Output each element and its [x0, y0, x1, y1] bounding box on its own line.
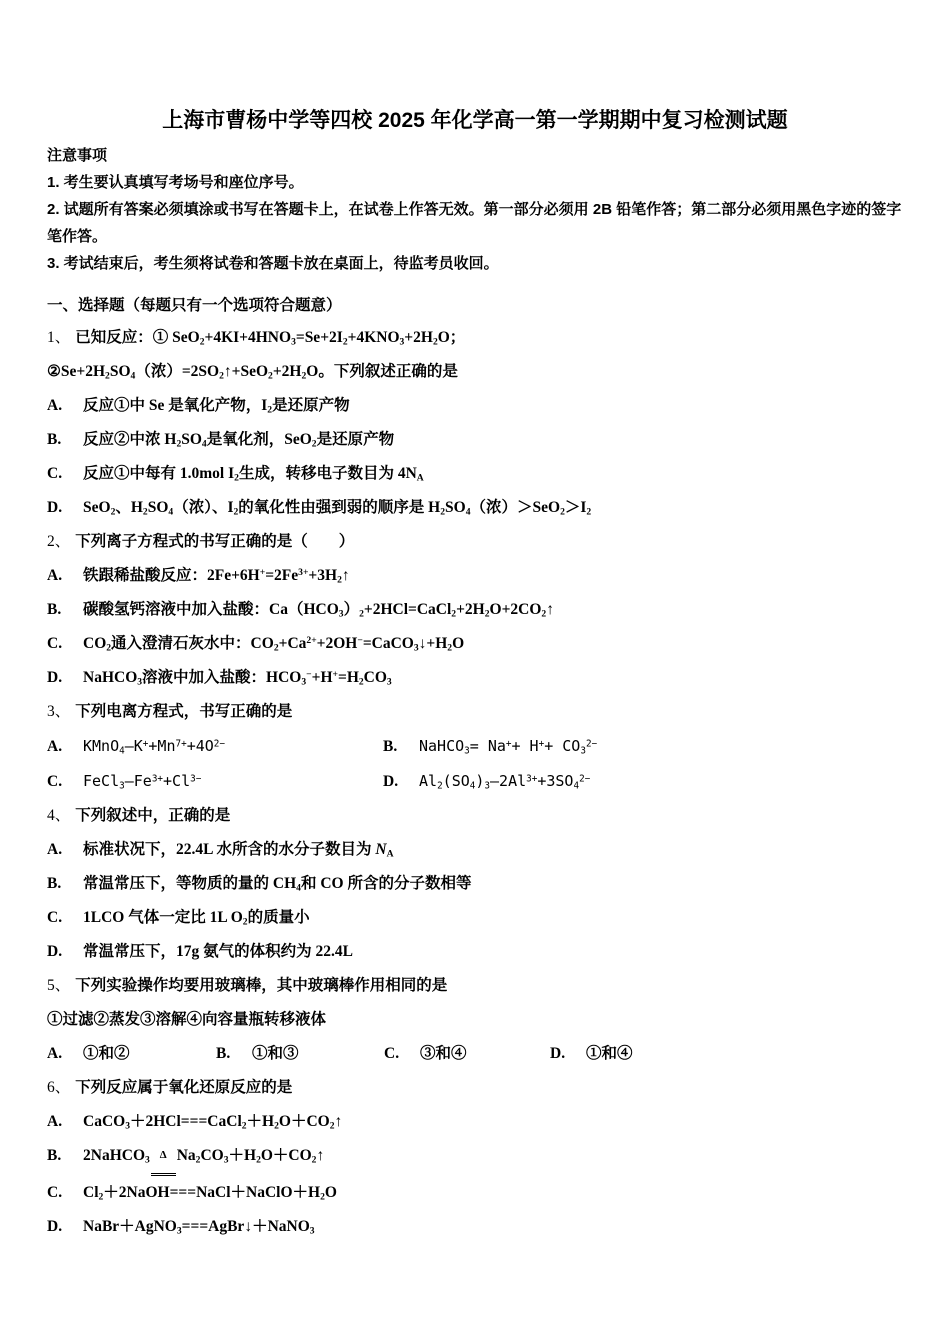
question-stem: 下列反应属于氧化还原反应的是: [75, 1079, 292, 1096]
option-text: ①和④: [586, 1045, 633, 1062]
notice-item-1: 1. 考生要认真填写考场号和座位序号。: [47, 169, 903, 196]
option-label: B.: [47, 1139, 83, 1173]
option-label: B.: [47, 867, 83, 901]
question-4-stem-line: 4、下列叙述中，正确的是: [47, 799, 903, 833]
option-text: NaHCO3溶液中加入盐酸：HCO3−+H+=H2CO3: [83, 669, 392, 686]
option-label: D.: [47, 661, 83, 695]
question-2-stem-line: 2、下列离子方程式的书写正确的是（ ）: [47, 525, 903, 559]
option-d: D.SeO2、H2SO4（浓）、I2的氧化性由强到弱的顺序是 H2SO4（浓）＞…: [47, 491, 903, 525]
option-a: A.标准状况下，22.4L 水所含的水分子数目为 NA: [47, 833, 903, 867]
questions-area: 1、已知反应：① SeO2+4KI+4HNO3=Se+2I2+4KNO3+2H2…: [47, 321, 903, 1244]
option-a: A.①和②: [47, 1037, 216, 1071]
option-c: C.FeCl3—Fe3++Cl3−: [47, 764, 383, 799]
notice-heading: 注意事项: [47, 142, 903, 169]
option-text: ①和②: [83, 1045, 130, 1062]
option-label: A.: [47, 730, 83, 764]
option-label: B.: [216, 1037, 252, 1071]
option-text: Cl2＋2NaOH===NaCl＋NaClO＋H2O: [83, 1184, 337, 1201]
option-label: A.: [47, 833, 83, 867]
option-label: A.: [47, 1037, 83, 1071]
option-text: 反应②中浓 H2SO4是氧化剂，SeO2是还原产物: [83, 431, 394, 448]
question-1-stem-continued: ②Se+2H2SO4（浓）=2SO2↑+SeO2+2H2O。下列叙述正确的是: [47, 355, 903, 389]
option-d: D.常温常压下，17g 氨气的体积约为 22.4L: [47, 935, 903, 969]
question-5-stem-line: 5、下列实验操作均要用玻璃棒，其中玻璃棒作用相同的是: [47, 969, 903, 1003]
option-c: C.1LCO 气体一定比 1L O2的质量小: [47, 901, 903, 935]
option-label: C.: [47, 1176, 83, 1210]
option-label: B.: [383, 730, 419, 764]
option-d: D.NaHCO3溶液中加入盐酸：HCO3−+H+=H2CO3: [47, 661, 903, 695]
question-3-stem-line: 3、下列电离方程式，书写正确的是: [47, 695, 903, 729]
option-text: 1LCO 气体一定比 1L O2的质量小: [83, 909, 310, 926]
option-b: B.常温常压下，等物质的量的 CH4和 CO 所含的分子数相等: [47, 867, 903, 901]
notice-section: 注意事项 1. 考生要认真填写考场号和座位序号。 2. 试题所有答案必须填涂或书…: [47, 142, 903, 277]
option-label: D.: [47, 935, 83, 969]
question-stem: 下列电离方程式，书写正确的是: [75, 703, 292, 720]
option-c: C.③和④: [384, 1037, 550, 1071]
notice-item-3: 3. 考试结束后，考生须将试卷和答题卡放在桌面上，待监考员收回。: [47, 250, 903, 277]
option-text: CO2通入澄清石灰水中：CO2+Ca2++2OH−=CaCO3↓+H2O: [83, 635, 464, 652]
question-number: 6、: [47, 1079, 70, 1096]
page-title: 上海市曹杨中学等四校 2025 年化学高一第一学期期中复习检测试题: [47, 106, 903, 136]
question-5-options-row: A.①和② B.①和③ C.③和④ D.①和④: [47, 1037, 903, 1071]
option-a: A.铁跟稀盐酸反应：2Fe+6H+=2Fe3++3H2↑: [47, 559, 903, 593]
option-label: C.: [47, 627, 83, 661]
option-text: 常温常压下，等物质的量的 CH4和 CO 所含的分子数相等: [83, 875, 471, 892]
option-label: D.: [47, 1210, 83, 1244]
option-label: B.: [47, 593, 83, 627]
option-text: 反应①中 Se 是氧化产物，I2是还原产物: [83, 397, 350, 414]
delta-heating-symbol: Δ: [151, 1139, 176, 1176]
option-text: NaBr＋AgNO3===AgBr↓＋NaNO3: [83, 1218, 315, 1235]
option-label: C.: [384, 1037, 420, 1071]
notice-item-2: 2. 试题所有答案必须填涂或书写在答题卡上，在试卷上作答无效。第一部分必须用 2…: [47, 196, 903, 250]
option-label: D.: [383, 765, 419, 799]
option-label: D.: [550, 1037, 586, 1071]
question-number: 4、: [47, 807, 70, 824]
option-label: C.: [47, 901, 83, 935]
option-b: B.反应②中浓 H2SO4是氧化剂，SeO2是还原产物: [47, 423, 903, 457]
question-1-stem-line: 1、已知反应：① SeO2+4KI+4HNO3=Se+2I2+4KNO3+2H2…: [47, 321, 903, 355]
option-d: D.NaBr＋AgNO3===AgBr↓＋NaNO3: [47, 1210, 903, 1244]
question-6: 6、下列反应属于氧化还原反应的是 A.CaCO3＋2HCl===CaCl2＋H2…: [47, 1071, 903, 1244]
option-a: A.CaCO3＋2HCl===CaCl2＋H2O＋CO2↑: [47, 1105, 903, 1139]
option-text: 反应①中每有 1.0mol I2生成，转移电子数目为 4NA: [83, 465, 424, 482]
question-6-stem-line: 6、下列反应属于氧化还原反应的是: [47, 1071, 903, 1105]
question-stem: 已知反应：① SeO2+4KI+4HNO3=Se+2I2+4KNO3+2H2O；: [75, 329, 465, 346]
question-3: 3、下列电离方程式，书写正确的是 A.KMnO4—K++Mn7++4O2− B.…: [47, 695, 903, 799]
question-stem: 下列叙述中，正确的是: [75, 807, 230, 824]
option-label: A.: [47, 559, 83, 593]
option-text: 铁跟稀盐酸反应：2Fe+6H+=2Fe3++3H2↑: [83, 567, 350, 584]
option-c: C.反应①中每有 1.0mol I2生成，转移电子数目为 4NA: [47, 457, 903, 491]
option-label: A.: [47, 389, 83, 423]
option-b: B.碳酸氢钙溶液中加入盐酸：Ca（HCO3）2+2HCl=CaCl2+2H2O+…: [47, 593, 903, 627]
option-text: 碳酸氢钙溶液中加入盐酸：Ca（HCO3）2+2HCl=CaCl2+2H2O+2C…: [83, 601, 554, 618]
option-text: SeO2、H2SO4（浓）、I2的氧化性由强到弱的顺序是 H2SO4（浓）＞Se…: [83, 499, 591, 516]
option-b: B.2NaHCO3ΔNa2CO3＋H2O＋CO2↑: [47, 1139, 903, 1176]
question-number: 2、: [47, 533, 70, 550]
question-3-options-row-1: A.KMnO4—K++Mn7++4O2− B.NaHCO3= Na++ H++ …: [47, 729, 903, 764]
question-1: 1、已知反应：① SeO2+4KI+4HNO3=Se+2I2+4KNO3+2H2…: [47, 321, 903, 525]
option-text: KMnO4—K++Mn7++4O2−: [83, 737, 225, 755]
question-3-options-row-2: C.FeCl3—Fe3++Cl3− D.Al2(SO4)3—2Al3++3SO4…: [47, 764, 903, 799]
option-text: 标准状况下，22.4L 水所含的水分子数目为 NA: [83, 841, 394, 858]
option-text: FeCl3—Fe3++Cl3−: [83, 772, 201, 790]
option-label: C.: [47, 765, 83, 799]
option-b: B.NaHCO3= Na++ H++ CO32−: [383, 729, 903, 764]
option-a: A.KMnO4—K++Mn7++4O2−: [47, 729, 383, 764]
option-d: D.Al2(SO4)3—2Al3++3SO42−: [383, 764, 903, 799]
question-number: 3、: [47, 703, 70, 720]
question-stem: 下列离子方程式的书写正确的是（ ）: [75, 533, 354, 550]
question-stem: 下列实验操作均要用玻璃棒，其中玻璃棒作用相同的是: [75, 977, 447, 994]
option-c: C.Cl2＋2NaOH===NaCl＋NaClO＋H2O: [47, 1176, 903, 1210]
option-d: D.①和④: [550, 1037, 903, 1071]
question-2: 2、下列离子方程式的书写正确的是（ ） A.铁跟稀盐酸反应：2Fe+6H+=2F…: [47, 525, 903, 695]
option-text: NaHCO3= Na++ H++ CO32−: [419, 737, 597, 755]
option-text: 2NaHCO3ΔNa2CO3＋H2O＋CO2↑: [83, 1147, 324, 1164]
option-text: Al2(SO4)3—2Al3++3SO42−: [419, 772, 590, 790]
option-label: A.: [47, 1105, 83, 1139]
option-label: B.: [47, 423, 83, 457]
option-text: CaCO3＋2HCl===CaCl2＋H2O＋CO2↑: [83, 1113, 342, 1130]
option-label: D.: [47, 491, 83, 525]
option-text: ①和③: [252, 1045, 299, 1062]
question-number: 1、: [47, 329, 70, 346]
option-text: ③和④: [420, 1045, 467, 1062]
option-label: C.: [47, 457, 83, 491]
option-text: 常温常压下，17g 氨气的体积约为 22.4L: [83, 943, 353, 960]
question-5-stem-continued: ①过滤②蒸发③溶解④向容量瓶转移液体: [47, 1003, 903, 1037]
option-c: C.CO2通入澄清石灰水中：CO2+Ca2++2OH−=CaCO3↓+H2O: [47, 627, 903, 661]
question-number: 5、: [47, 977, 70, 994]
option-b: B.①和③: [216, 1037, 384, 1071]
exam-paper-page: 上海市曹杨中学等四校 2025 年化学高一第一学期期中复习检测试题 注意事项 1…: [0, 0, 950, 1344]
question-5: 5、下列实验操作均要用玻璃棒，其中玻璃棒作用相同的是 ①过滤②蒸发③溶解④向容量…: [47, 969, 903, 1071]
option-a: A.反应①中 Se 是氧化产物，I2是还原产物: [47, 389, 903, 423]
section-heading: 一、选择题（每题只有一个选项符合题意）: [47, 291, 903, 321]
question-4: 4、下列叙述中，正确的是 A.标准状况下，22.4L 水所含的水分子数目为 NA…: [47, 799, 903, 969]
